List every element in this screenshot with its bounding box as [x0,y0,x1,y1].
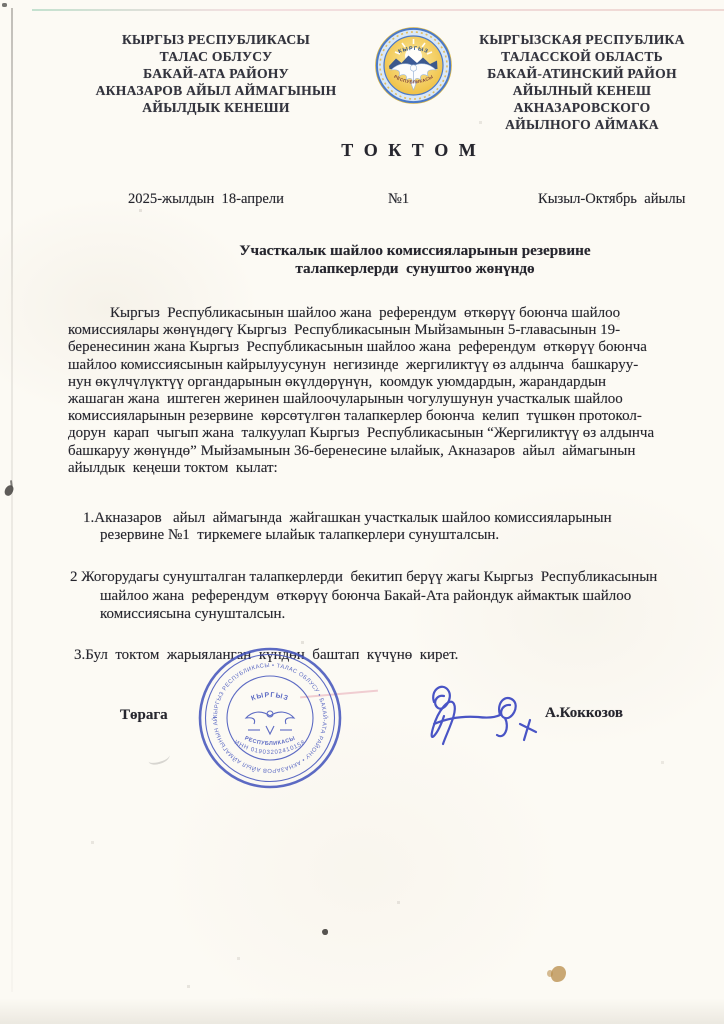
decree-title: Т О К Т О М [95,140,724,161]
decree-subject: Участкалык шайлоо комиссияларынын резерв… [100,242,724,278]
paragraph-line: жашаган жана иштеген жеринен шайлоочулар… [68,391,654,408]
resolution-item-2: 2 Жогорудагы сунушталган талапкерлерди б… [70,568,657,624]
signer-role: Төрага [120,707,168,724]
header-left-line: БАКАЙ-АТА РАЙОНУ [78,65,354,82]
ink-dot-bottom [322,929,328,935]
header-left-line: АЙЫЛДЫК КЕНЕШИ [78,99,354,116]
item-line: резервине №1 тиркемеге ылайык талапкерле… [83,527,612,544]
header-left-kyrgyz: КЫРГЫЗ РЕСПУБЛИКАСЫ ТАЛАС ОБЛУСУ БАКАЙ-А… [78,31,354,116]
paragraph-line: башкаруу жөнүндө” Мыйзамынын 36-беренеси… [68,443,654,460]
handwritten-signature [420,672,555,762]
resolution-item-1: 1.Акназаров айыл аймагында жайгашкан уча… [83,510,612,544]
decree-date: 2025-жылдын 18-апрели [128,191,284,208]
svg-text:РЕСПУБЛИКАСЫ: РЕСПУБЛИКАСЫ [244,736,297,747]
header-left-line: АКНАЗАРОВ АЙЫЛ АЙМАГЫНЫН [78,82,354,99]
header-right-line: АЙЫЛНЫЙ КЕНЕШ АКНАЗАРОВСКОГО [446,82,718,116]
decree-number: №1 [388,191,409,208]
header-left-line: ТАЛАС ОБЛУСУ [78,48,354,65]
header-right-line: АЙЫЛНОГО АЙМАКА [446,116,718,133]
paragraph-line: беренесинин жана Кыргыз Республикасынын … [68,339,654,356]
header-right-line: БАКАЙ-АТИНСКИЙ РАЙОН [446,65,718,82]
item-line: 1.Акназаров айыл аймагында жайгашкан уча… [83,510,612,527]
decree-place: Кызыл-Октябрь айылы [538,191,685,208]
paragraph-line: нун өкүлчүлүктүү органдарынын өкүлдөрүнү… [68,374,654,391]
header-right-line: КЫРГЫЗСКАЯ РЕСПУБЛИКА [446,31,718,48]
paragraph-line: дорун карап чыгып жана талкуулап Кыргыз … [68,425,654,442]
scanner-edge-line [32,9,724,11]
corner-speck [2,3,7,7]
paragraph-line: комиссиялары жөнүндөгү Кыргыз Республика… [68,322,654,339]
paragraph-line: Кыргыз Республикасынын шайлоо жана рефер… [68,305,654,322]
stain-bottom-right [551,966,566,982]
svg-text:КЫРГЫЗ: КЫРГЫЗ [250,692,289,703]
kyrgyz-state-emblem-icon: КЫРГЫЗ РЕСПУБЛИКАСЫ [374,26,453,105]
item-line: 2 Жогорудагы сунушталган талапкерлерди б… [70,568,657,587]
dust-specks [0,0,1,1]
preamble-paragraph: Кыргыз Республикасынын шайлоо жана рефер… [68,305,654,477]
pencil-smudge [147,750,171,766]
header-right-line: ТАЛАССКОЙ ОБЛАСТЬ [446,48,718,65]
paragraph-line: айылдык кеңеши токтом кылат: [68,460,654,477]
paragraph-line: шайлоо комиссиясынын кайрылуусунун негиз… [68,357,654,374]
signer-name: А.Коккозов [545,705,623,722]
seal-center-bottom-text: РЕСПУБЛИКАСЫ [244,736,297,747]
official-round-seal: КЫРГЫЗ РЕСПУБЛИКАСЫ • ТАЛАС ОБЛУСУ • БАК… [196,646,346,794]
seal-center-top-text: КЫРГЫЗ [250,692,289,703]
item-line: шайлоо жана референдум өткөрүү боюнча Ба… [70,587,657,606]
page-left-edge [11,8,13,992]
header-right-russian: КЫРГЫЗСКАЯ РЕСПУБЛИКА ТАЛАССКОЙ ОБЛАСТЬ … [446,31,718,133]
paragraph-line: комиссияларынын резервине көрсөтүлгөн та… [68,408,654,425]
item-line: комиссиясына сунушталсын. [70,605,657,624]
header-left-line: КЫРГЫЗ РЕСПУБЛИКАСЫ [78,31,354,48]
seal-bird-emblem [246,711,294,734]
scanned-decree-page: КЫРГЫЗ РЕСПУБЛИКАСЫ ТАЛАС ОБЛУСУ БАКАЙ-А… [0,0,724,1024]
subject-line: Участкалык шайлоо комиссияларынын резерв… [100,242,724,260]
subject-line: талапкерлерди сунуштоо жөнүндө [100,260,724,278]
